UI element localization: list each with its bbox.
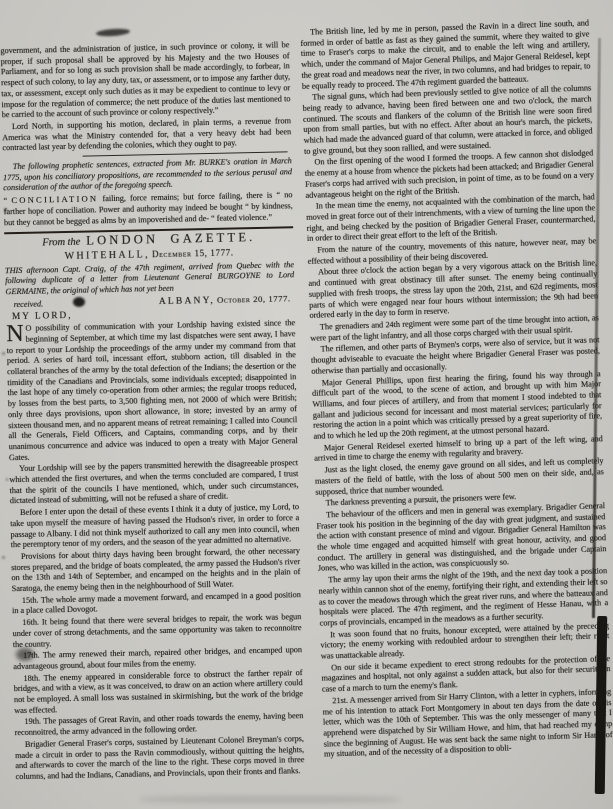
whitehall-date: December 15, 1777. (152, 247, 234, 259)
body-paragraph: 16th. It being found that there were sev… (12, 612, 302, 650)
body-paragraph: 21st. A messenger arrived from Sir Harry… (322, 687, 613, 761)
ink-speck (6, 478, 8, 481)
body-paragraph: The British line, led by me in person, p… (300, 18, 591, 92)
horizontal-rule (83, 151, 288, 156)
dropcap-paragraph-text: O possibility of communication with your… (7, 318, 298, 461)
drop-cap-initial: N (6, 325, 24, 344)
page-content: government, and the administration of ju… (0, 0, 613, 809)
body-paragraph: Provisions for about thirty days having … (11, 546, 301, 595)
conciliation-word: CONCILIATION (11, 193, 98, 205)
ink-speck (4, 208, 7, 212)
burke-quote-paragraph: “ CONCILIATION failing, force remains; b… (3, 189, 293, 228)
ink-speck (2, 352, 5, 355)
dispatch-intro-paragraph: THIS afternoon Capt. Craig, of the 47th … (5, 260, 295, 298)
body-paragraph: Lord North, in supporting his motion, de… (2, 116, 292, 154)
ink-smudge (16, 648, 34, 661)
body-paragraph: The signal guns, which had been previous… (302, 84, 593, 158)
received-word: received. (14, 299, 44, 310)
body-paragraph: 18th. The enemy appeared in considerable… (13, 668, 303, 717)
burke-intro-paragraph: The following prophetic sentences, extra… (3, 156, 293, 194)
newspaper-scan-page: government, and the administration of ju… (0, 0, 613, 809)
ink-smudge (140, 796, 400, 803)
albany-place-date: ALBANY, October 20, 1777. (159, 293, 291, 307)
body-paragraph: About three o'clock the action began by … (308, 259, 599, 322)
ink-smudge (73, 297, 85, 307)
albany-date: October 20, 1777. (217, 293, 291, 305)
open-quote: “ (3, 196, 11, 205)
whitehall-place: WHITEHALL, (65, 249, 151, 262)
body-paragraph: Brigadier General Fraser's corps, sustai… (15, 734, 305, 783)
ink-speck (2, 556, 5, 559)
gazette-heading-from: From the (42, 237, 80, 249)
body-paragraph: The behaviour of the officers and men in… (316, 501, 607, 575)
gazette-heading-title: LONDON GAZETTE. (86, 230, 256, 248)
paper-sheet: government, and the administration of ju… (0, 0, 613, 809)
dropcap-paragraph: NO possibility of communication with you… (6, 318, 298, 463)
body-paragraph: government, and the administration of ju… (0, 40, 291, 121)
body-paragraph: Major General Phillips, upon first heari… (312, 369, 603, 443)
left-column: government, and the administration of ju… (0, 40, 304, 784)
body-paragraph: Your Lordship will see by the papers tra… (9, 459, 299, 508)
body-paragraph: Before I enter upon the detail of these … (10, 502, 300, 551)
right-column: The British line, led by me in person, p… (300, 18, 613, 761)
lead-word: THIS (5, 266, 23, 275)
body-paragraph: The army lay upon their arms the night o… (318, 566, 609, 629)
dispatch-intro-text: afternoon Capt. Craig, of the 47th regim… (5, 260, 294, 296)
albany-place: ALBANY, (159, 296, 215, 307)
